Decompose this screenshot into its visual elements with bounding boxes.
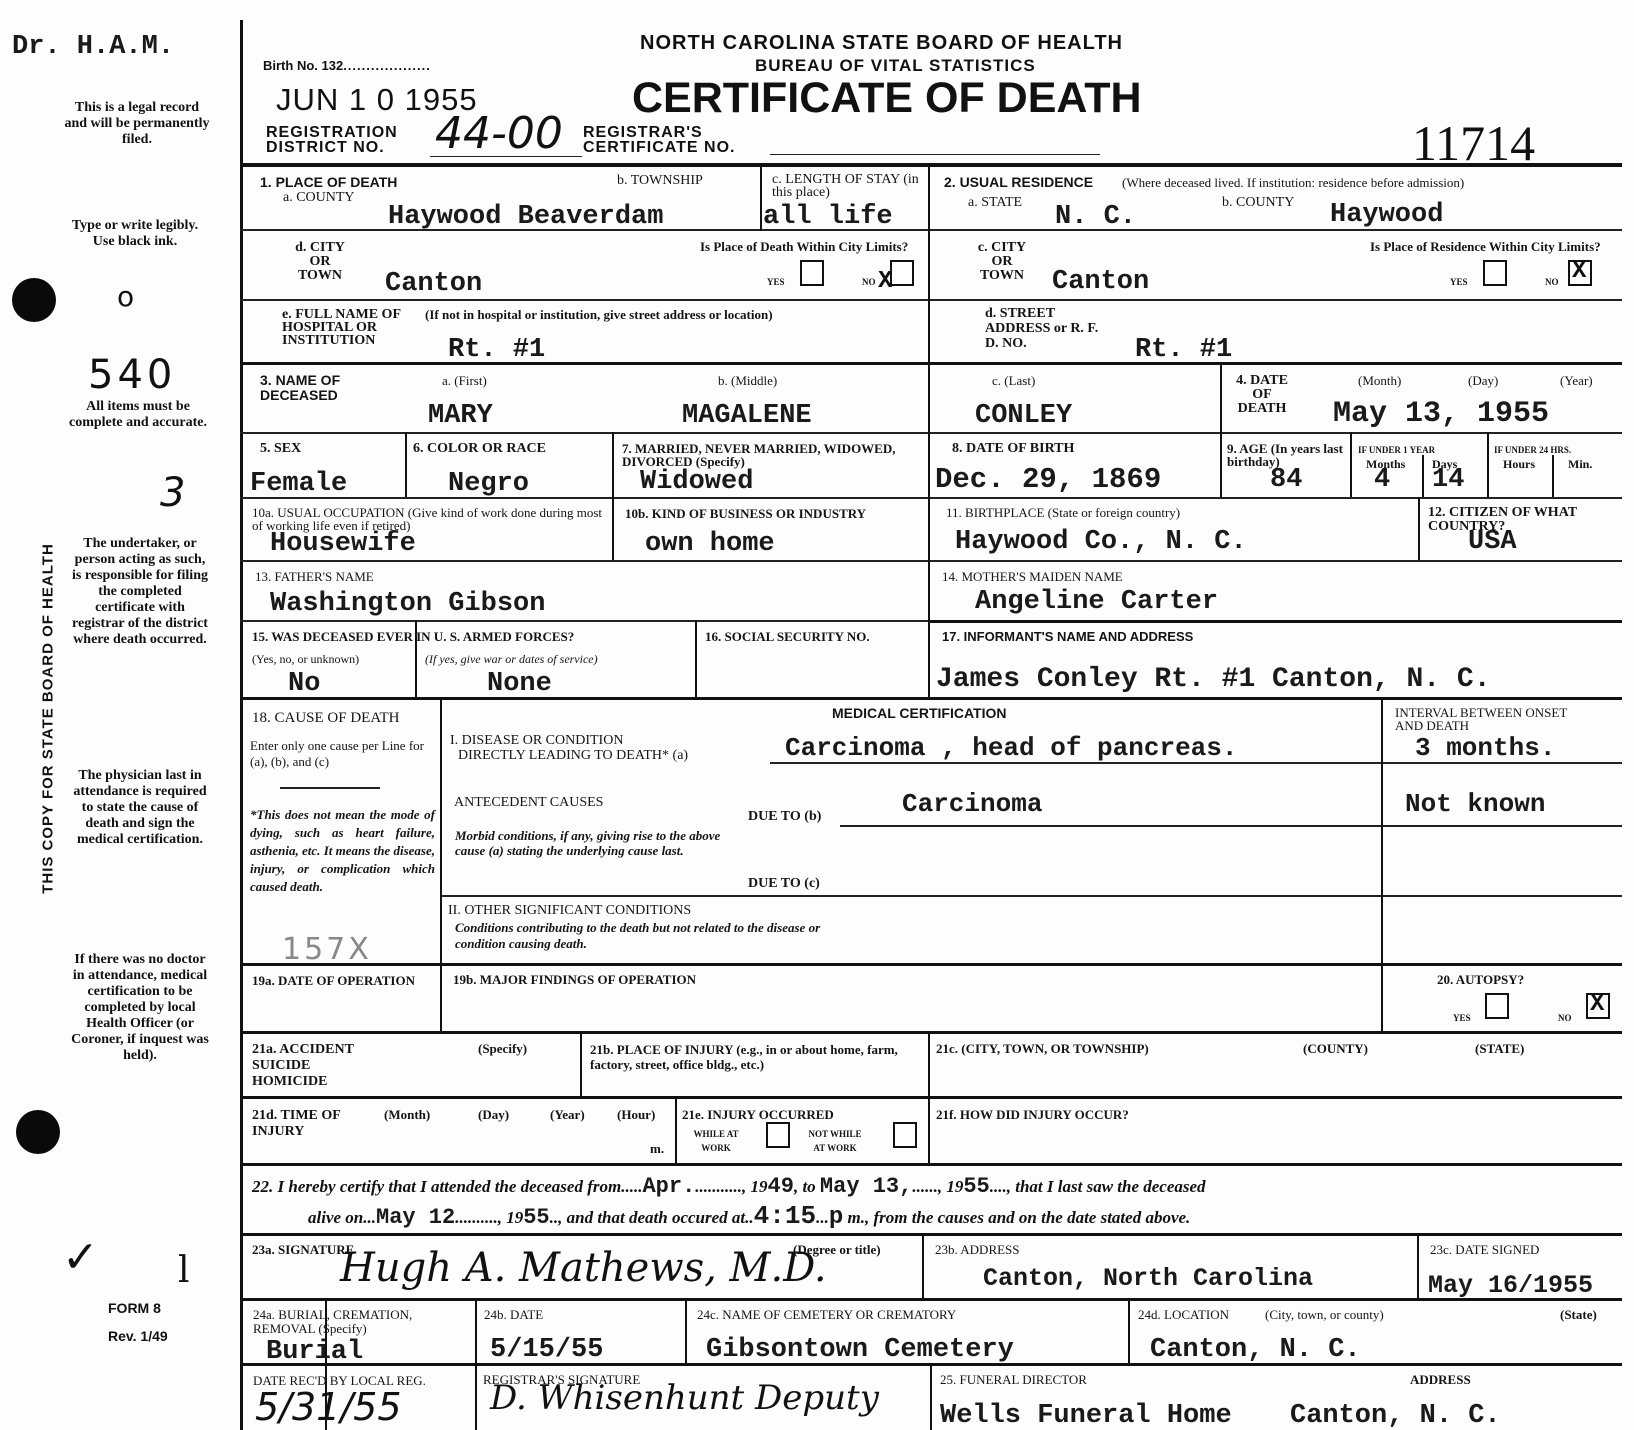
legal-record-note: This is a legal record and will be perma… [62, 100, 212, 148]
handwritten-540: 540 [88, 352, 176, 398]
rule [1418, 497, 1420, 560]
part1-label: I. DISEASE OR CONDITION DIRECTLY LEADING… [450, 733, 688, 763]
cause-a-value[interactable]: Carcinoma , head of pancreas. [785, 734, 1237, 762]
rule [240, 1031, 1622, 1034]
complete-accurate-note: All items must be complete and accurate. [68, 399, 208, 431]
residence-state-value[interactable]: N. C. [1055, 203, 1136, 231]
age-days-value[interactable]: 14 [1432, 466, 1464, 494]
rule [675, 1096, 677, 1163]
rule [1487, 432, 1489, 497]
marital-status-label: 7. MARRIED, NEVER MARRIED, WIDOWED, DIVO… [622, 442, 922, 468]
death-within-limits-label: Is Place of Death Within City Limits? [700, 240, 920, 253]
death-city-value[interactable]: Canton [385, 270, 482, 298]
county-label: a. COUNTY [283, 191, 355, 204]
operation-date-label: 19a. DATE OF OPERATION [252, 973, 432, 988]
last-seen-value[interactable]: May 12 [376, 1205, 455, 1230]
rule [685, 1298, 687, 1363]
other-conditions-label: II. OTHER SIGNIFICANT CONDITIONS [448, 904, 691, 917]
not-while-at-work-checkbox[interactable] [893, 1122, 917, 1148]
citizenship-value[interactable]: USA [1468, 528, 1517, 556]
sex-label: 5. SEX [260, 442, 301, 455]
rule [1381, 697, 1383, 1032]
city-label: d. CITY OR TOWN [290, 241, 350, 283]
registration-district-line [430, 156, 582, 157]
rule [240, 1298, 1622, 1301]
business-value[interactable]: own home [645, 530, 775, 558]
rule [760, 165, 762, 231]
not-while-at-work-label: NOT WHILE AT WORK [808, 1127, 862, 1155]
burial-location-label: 24d. LOCATION [1138, 1308, 1229, 1321]
date-signed-label: 23c. DATE SIGNED [1430, 1243, 1539, 1256]
burial-state-label: (State) [1560, 1308, 1597, 1321]
undertaker-note: The undertaker, or person acting as such… [70, 536, 210, 648]
binder-hole-bottom [16, 1110, 60, 1154]
check-mark-icon: ✓ [62, 1232, 99, 1283]
handwritten-one: l [178, 1250, 190, 1291]
injury-county-label: (COUNTY) [1303, 1042, 1368, 1055]
residence-within-limits-no-checkbox[interactable]: X [1568, 260, 1592, 286]
antecedent-causes-label: ANTECEDENT CAUSES [454, 796, 603, 809]
citizenship-label: 12. CITIZEN OF WHAT COUNTRY? [1428, 506, 1628, 534]
last-seen-year[interactable]: 55 [523, 1205, 549, 1230]
residence-state-label: a. STATE [968, 196, 1022, 209]
burial-location-sub-label: (City, town, or county) [1265, 1308, 1384, 1321]
informant-value[interactable]: James Conley Rt. #1 Canton, N. C. [936, 666, 1491, 694]
interval-b-value[interactable]: Not known [1405, 790, 1545, 818]
form-revision: Rev. 1/49 [108, 1328, 168, 1344]
funeral-director-label: 25. FUNERAL DIRECTOR [940, 1373, 1087, 1386]
residence-within-limits-label: Is Place of Residence Within City Limits… [1370, 240, 1620, 253]
death-within-limits-no-checkbox[interactable]: X [890, 260, 914, 286]
injury-place-label: 21b. PLACE OF INJURY (e.g., in or about … [590, 1042, 920, 1072]
handwritten-three: 3 [160, 470, 185, 516]
registrar-signature[interactable]: D. Whisenhunt Deputy [490, 1378, 879, 1418]
first-name-label: a. (First) [442, 374, 487, 387]
rule [240, 620, 930, 622]
birthplace-label: 11. BIRTHPLACE (State or foreign country… [946, 506, 1180, 519]
under-24-hours-label: IF UNDER 24 HRS. [1494, 444, 1571, 457]
first-name-value[interactable]: MARY [428, 402, 493, 430]
physician-note: The physician last in attendance is requ… [70, 768, 210, 848]
place-of-death-label: 1. PLACE OF DEATH [260, 175, 397, 190]
no-doctor-note: If there was no doctor in attendance, me… [70, 952, 210, 1064]
cemetery-label: 24c. NAME OF CEMETERY OR CREMATORY [697, 1308, 956, 1321]
injury-specify-label: (Specify) [478, 1042, 527, 1055]
burial-location-value[interactable]: Canton, N. C. [1150, 1336, 1361, 1364]
residence-note: (Where deceased lived. If institution: r… [1122, 176, 1464, 189]
sex-value[interactable]: Female [250, 470, 347, 498]
rule [240, 963, 1622, 966]
rule [922, 1233, 924, 1298]
injury-state-label: (STATE) [1475, 1042, 1524, 1055]
registrar-certificate-label: REGISTRAR'SCERTIFICATE NO. [583, 125, 735, 155]
autopsy-yes-label: YES [1453, 1012, 1471, 1025]
attended-from-year[interactable]: 49 [768, 1174, 794, 1199]
rule [1220, 362, 1222, 497]
registrar-certificate-line [770, 154, 1100, 155]
certification-line-1: 22. I hereby certify that I attended the… [252, 1174, 1206, 1199]
injury-city-label: 21c. (CITY, TOWN, OR TOWNSHIP) [936, 1042, 1149, 1055]
registration-district-value: 44-00 [435, 108, 563, 159]
registration-district-label: REGISTRATIONDISTRICT NO. [266, 125, 398, 155]
injury-hour-label: (Hour) [617, 1108, 655, 1121]
vertical-copy-label: THIS COPY FOR STATE BOARD OF HEALTH [40, 529, 57, 909]
rule [1422, 455, 1424, 497]
interval-a-value[interactable]: 3 months. [1415, 734, 1555, 762]
occupation-value[interactable]: Housewife [270, 530, 416, 558]
rule [405, 432, 407, 497]
agency-name: NORTH CAROLINA STATE BOARD OF HEALTH [640, 32, 1123, 55]
minutes-label: Min. [1568, 458, 1592, 471]
injury-m-label: m. [650, 1142, 664, 1155]
rule [475, 1298, 477, 1430]
cause-instruction: Enter only one cause per Line for (a), (… [250, 738, 435, 770]
hours-label: Hours [1503, 458, 1535, 471]
dod-day-label: (Day) [1468, 374, 1498, 387]
residence-city-value[interactable]: Canton [1052, 268, 1149, 296]
residence-label: 2. USUAL RESIDENCE [944, 175, 1093, 190]
handwritten-code: 157X [282, 932, 372, 967]
rule [240, 560, 1622, 562]
informant-label: 17. INFORMANT'S NAME AND ADDRESS [942, 630, 1193, 643]
rule [580, 1031, 582, 1098]
injury-type-label: 21a. ACCIDENT SUICIDE HOMICIDE [252, 1042, 372, 1090]
date-of-death-label: 4. DATE OF DEATH [1232, 374, 1292, 416]
form-left-border [240, 20, 243, 1430]
date-of-birth-label: 8. DATE OF BIRTH [952, 442, 1074, 455]
page-title: CERTIFICATE OF DEATH [632, 74, 1142, 123]
mother-maiden-name-label: 14. MOTHER'S MAIDEN NAME [942, 570, 1123, 583]
township-label: b. TOWNSHIP [617, 174, 703, 187]
signature-label: 23a. SIGNATURE [252, 1243, 354, 1256]
rule [240, 1096, 1622, 1099]
burial-date-value[interactable]: 5/15/55 [490, 1336, 603, 1364]
armed-forces-value[interactable]: No [288, 670, 320, 698]
armed-forces-label: 15. WAS DECEASED EVER IN U. S. ARMED FOR… [252, 630, 574, 643]
injury-occurred-label: 21e. INJURY OCCURRED [682, 1108, 834, 1121]
medical-certification-header: MEDICAL CERTIFICATION [832, 707, 1006, 720]
date-received-value[interactable]: 5/31/55 [255, 1385, 402, 1429]
street-address-value[interactable]: Rt. #1 [1135, 336, 1232, 364]
rule [1128, 1298, 1130, 1363]
cause-b-value[interactable]: Carcinoma [902, 790, 1042, 818]
injury-time-label: 21d. TIME OF INJURY [252, 1108, 352, 1140]
hospital-note: (If not in hospital or institution, give… [425, 308, 773, 321]
cause-of-death-label: 18. CAUSE OF DEATH [252, 712, 400, 725]
rule [840, 825, 1622, 827]
birthplace-value[interactable]: Haywood Co., N. C. [955, 528, 1247, 556]
funeral-address-value[interactable]: Canton, N. C. [1290, 1402, 1501, 1430]
due-to-b-label: DUE TO (b) [748, 810, 821, 823]
while-at-work-checkbox[interactable] [766, 1122, 790, 1148]
service-dates-label: (If yes, give war or dates of service) [425, 653, 598, 666]
length-of-stay-value[interactable]: all life [763, 203, 893, 231]
binder-hole-top [12, 278, 56, 322]
attended-to-year[interactable]: 55 [963, 1174, 989, 1199]
certification-line-2: alive on...May 12.........., 1955.., and… [308, 1201, 1190, 1231]
while-at-work-label: WHILE AT WORK [690, 1127, 742, 1155]
residence-county-value[interactable]: Haywood [1330, 201, 1443, 229]
death-yes-label: YES [767, 276, 785, 289]
rule [240, 697, 1622, 700]
last-name-value[interactable]: CONLEY [975, 402, 1072, 430]
death-time-value[interactable]: 4:15 [754, 1201, 816, 1231]
rule [928, 1031, 930, 1163]
burial-type-label: 24a. BURIAL, CREMATION, REMOVAL (Specify… [253, 1308, 463, 1336]
autopsy-no-checkbox[interactable]: X [1586, 993, 1610, 1019]
father-name-value[interactable]: Washington Gibson [270, 590, 545, 618]
burial-type-value[interactable]: Burial [266, 1338, 363, 1366]
race-value[interactable]: Negro [448, 470, 529, 498]
form-number: FORM 8 [108, 1300, 161, 1316]
rule [240, 1163, 1622, 1166]
autopsy-no-label: NO [1558, 1012, 1572, 1025]
rule [240, 163, 1622, 167]
how-injury-label: 21f. HOW DID INJURY OCCUR? [936, 1108, 1129, 1121]
age-months-value[interactable]: 4 [1374, 466, 1390, 494]
funeral-director-value[interactable]: Wells Funeral Home [940, 1402, 1232, 1430]
county-township-value[interactable]: Haywood Beaverdam [388, 203, 663, 231]
last-name-label: c. (Last) [992, 374, 1035, 387]
autopsy-yes-checkbox[interactable] [1485, 993, 1509, 1019]
middle-name-value[interactable]: MAGALENE [682, 402, 812, 430]
marital-status-value[interactable]: Widowed [640, 468, 753, 496]
ssn-label: 16. SOCIAL SECURITY NO. [705, 630, 870, 643]
death-within-limits-yes-checkbox[interactable] [800, 260, 824, 286]
injury-year-label: (Year) [550, 1108, 585, 1121]
antecedent-note: Morbid conditions, if any, giving rise t… [455, 828, 735, 858]
service-dates-value[interactable]: None [487, 670, 552, 698]
physician-address-value[interactable]: Canton, North Carolina [983, 1265, 1313, 1293]
rule [695, 620, 697, 697]
type-legibly-note: Type or write legibly. Use black ink. [70, 218, 200, 250]
rule [612, 432, 614, 560]
middle-name-label: b. (Middle) [718, 374, 777, 387]
funeral-address-label: ADDRESS [1410, 1373, 1471, 1386]
burial-date-label: 24b. DATE [484, 1308, 543, 1321]
name-of-deceased-label: 3. NAME OF DECEASED [260, 373, 380, 403]
age-years-value[interactable]: 84 [1270, 466, 1302, 494]
handwritten-zero: o [117, 280, 134, 313]
date-signed-value[interactable]: May 16/1955 [1428, 1272, 1593, 1300]
hospital-label: e. FULL NAME OF HOSPITAL OR INSTITUTION [282, 308, 422, 347]
dod-month-label: (Month) [1358, 374, 1401, 387]
bureau-name: BUREAU OF VITAL STATISTICS [755, 56, 1036, 76]
rule [240, 299, 1622, 301]
attended-to-value[interactable]: May 13, [820, 1174, 912, 1199]
rule [928, 165, 930, 700]
residence-within-limits-yes-checkbox[interactable] [1483, 260, 1507, 286]
residence-city-label: c. CITY OR TOWN [972, 241, 1032, 283]
date-of-birth-value[interactable]: Dec. 29, 1869 [935, 466, 1161, 494]
am-pm-value[interactable]: p [829, 1204, 843, 1231]
business-label: 10b. KIND OF BUSINESS OR INDUSTRY [625, 506, 895, 521]
physician-signature[interactable]: Hugh A. Mathews, M.D. [340, 1245, 827, 1291]
autopsy-label: 20. AUTOPSY? [1437, 973, 1524, 986]
father-name-label: 13. FATHER'S NAME [255, 570, 374, 583]
residence-yes-label: YES [1450, 276, 1468, 289]
length-of-stay-label: c. LENGTH OF STAY (in this place) [772, 173, 922, 199]
rule [440, 697, 442, 1032]
cemetery-value[interactable]: Gibsontown Cemetery [706, 1336, 1014, 1364]
injury-day-label: (Day) [478, 1108, 509, 1121]
hospital-value[interactable]: Rt. #1 [448, 336, 545, 364]
dod-year-label: (Year) [1560, 374, 1593, 387]
attended-from-value[interactable]: Apr. [642, 1174, 695, 1199]
race-label: 6. COLOR OR RACE [413, 442, 546, 455]
injury-month-label: (Month) [384, 1108, 430, 1121]
other-conditions-note: Conditions contributing to the death but… [455, 920, 823, 952]
operation-findings-label: 19b. MAJOR FINDINGS OF OPERATION [453, 973, 696, 986]
due-to-c-label: DUE TO (c) [748, 877, 820, 890]
birth-number-label: Birth No. 132................... [263, 58, 431, 73]
street-address-label: d. STREET ADDRESS or R. F. D. NO. [985, 306, 1110, 351]
rule [930, 1363, 932, 1430]
interval-label: INTERVAL BETWEEN ONSET AND DEATH [1395, 706, 1595, 732]
armed-forces-sub-label: (Yes, no, or unknown) [252, 653, 359, 666]
rule [240, 1233, 1622, 1236]
rule [240, 432, 1622, 434]
rule [280, 787, 380, 789]
residence-no-label: NO [1545, 276, 1559, 289]
residence-county-label: b. COUNTY [1222, 196, 1294, 209]
physician-address-label: 23b. ADDRESS [935, 1243, 1020, 1256]
mother-maiden-name-value[interactable]: Angeline Carter [975, 588, 1218, 616]
doctor-initials: Dr. H.A.M. [12, 32, 174, 62]
death-no-label: NO [862, 276, 876, 289]
rule [930, 620, 1622, 623]
rule [442, 895, 1622, 897]
cause-footnote: *This does not mean the mode of dying, s… [250, 806, 435, 896]
date-of-death-value[interactable]: May 13, 1955 [1333, 400, 1549, 428]
rule [1417, 1233, 1419, 1298]
rule [1552, 455, 1554, 497]
